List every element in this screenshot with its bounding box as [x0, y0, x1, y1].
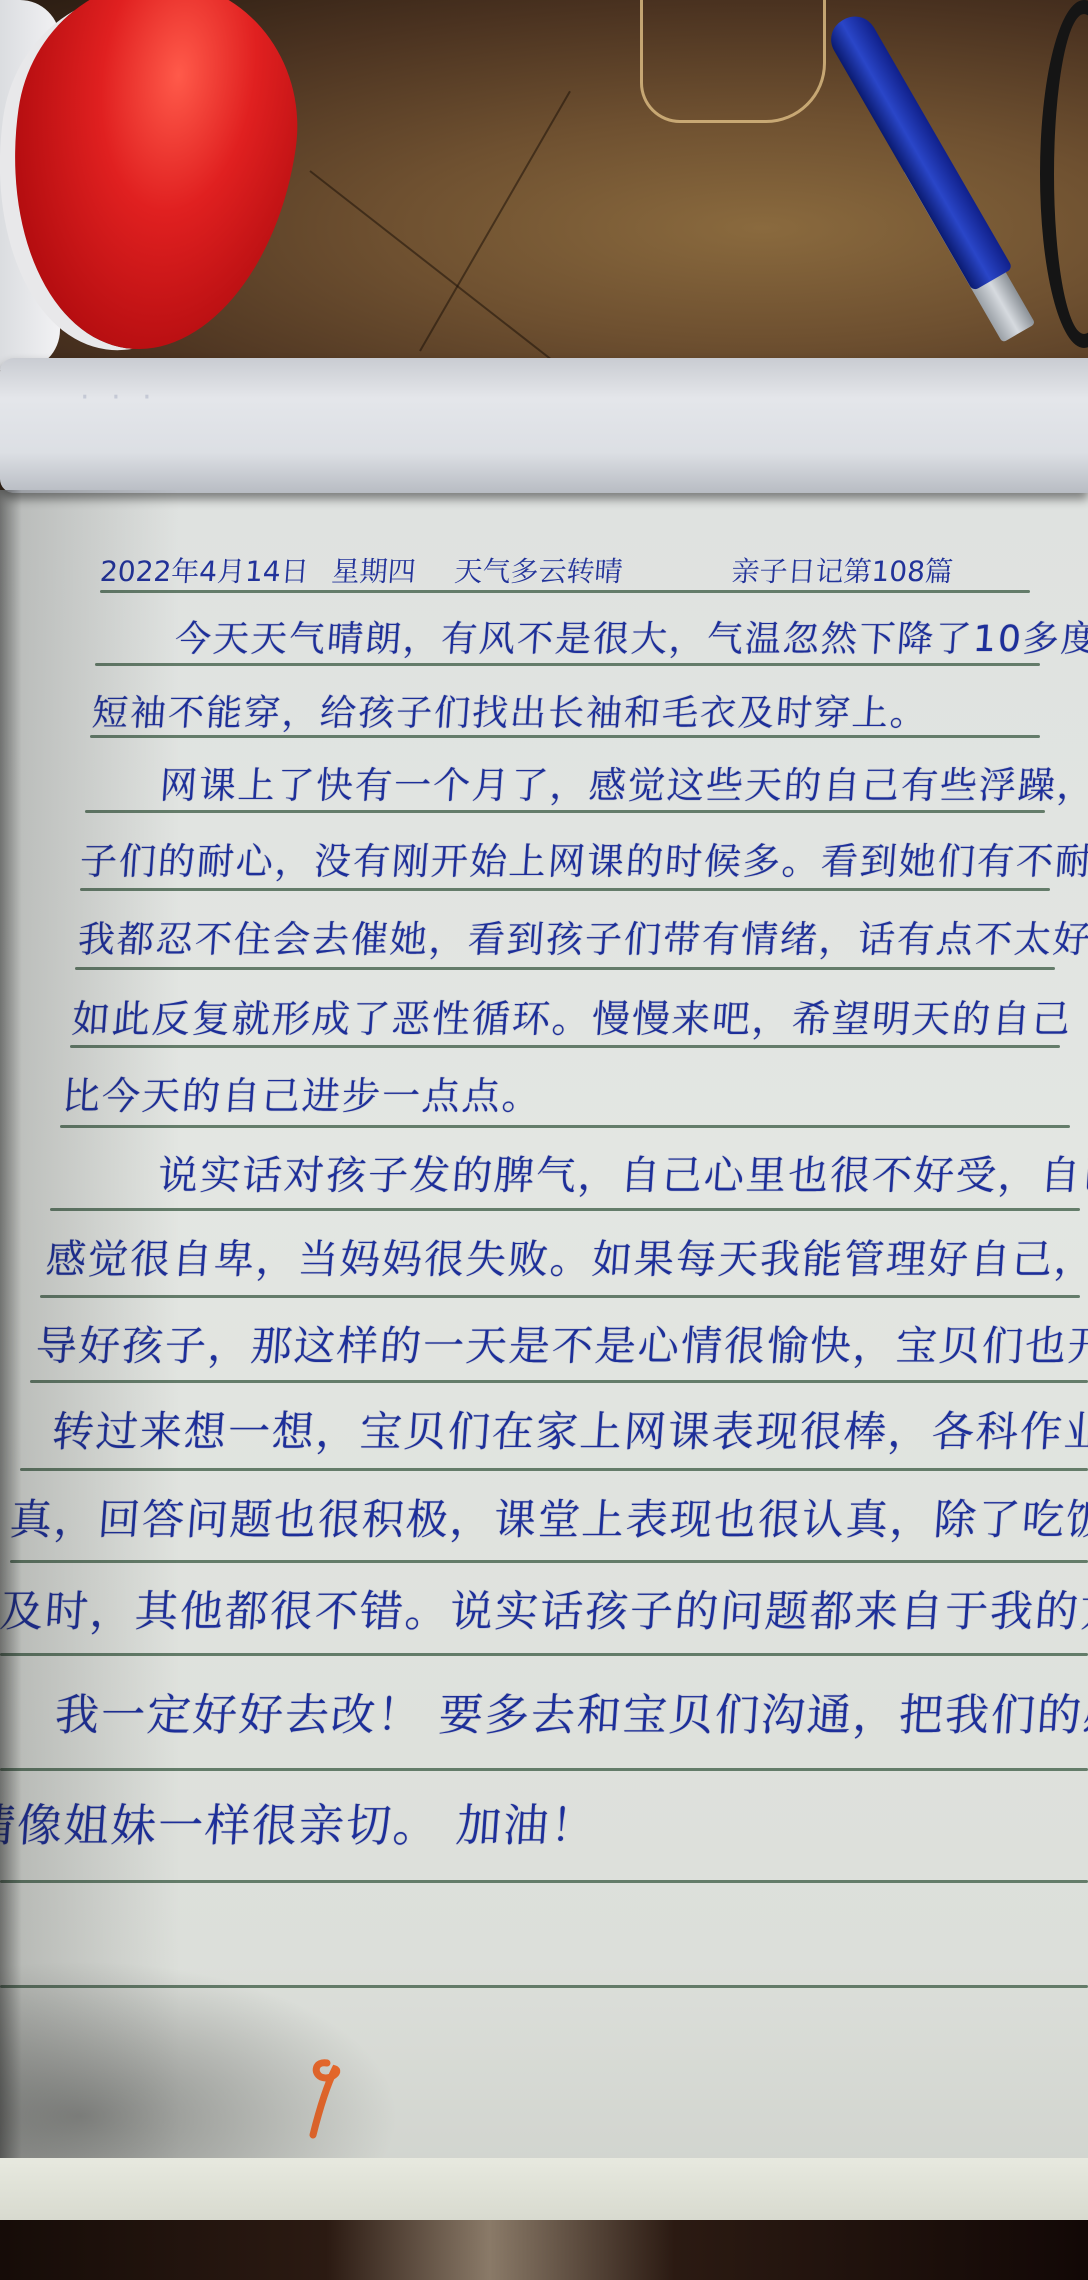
ruled-line	[60, 1125, 1070, 1128]
diary-header: 2022年4月14日 星期四 天气多云转晴 亲子日记第108篇	[99, 552, 955, 592]
ruled-line	[20, 1468, 1088, 1471]
diary-line: 及时，其他都很不错。说实话孩子的问题都来自于我的方式不对	[0, 1586, 1088, 1638]
ruled-line	[0, 1768, 1088, 1771]
gold-paperclip	[640, 0, 826, 123]
orange-squiggle-mark	[305, 2055, 345, 2140]
ruled-line	[30, 1380, 1088, 1383]
bleed-through-text: · · ·	[80, 380, 158, 415]
diary-line: 如此反复就形成了恶性循环。慢慢来吧，希望明天的自己	[70, 993, 1074, 1045]
diary-line: 感觉很自卑，当妈妈很失败。如果每天我能管理好自己，引	[44, 1234, 1088, 1286]
diary-line: 网课上了快有一个月了，感觉这些天的自己有些浮躁，对孩	[158, 760, 1088, 812]
diary-line: 子们的耐心，没有刚开始上网课的时候多。看到她们有不耐烦，	[78, 836, 1088, 888]
ruled-line	[70, 1045, 1060, 1048]
ruled-line	[75, 967, 1055, 970]
diary-line: 真，回答问题也很积极，课堂上表现也很认真，除了吃饭不	[8, 1494, 1088, 1546]
diary-line: 导好孩子，那这样的一天是不是心情很愉快，宝贝们也开心	[34, 1320, 1088, 1372]
diary-date: 2022年4月14日	[99, 555, 310, 588]
ruled-line	[80, 888, 1050, 891]
curled-previous-page	[0, 358, 1088, 493]
diary-line: 短袖不能穿，给孩子们找出长袖和毛衣及时穿上。	[90, 688, 930, 740]
ruled-line	[0, 1653, 1088, 1656]
diary-line: 情像姐妹一样很亲切。 加油！	[0, 1800, 599, 1852]
diary-line: 比今天的自己进步一点点。	[60, 1070, 544, 1122]
diary-weather: 天气多云转晴	[453, 555, 623, 588]
ruled-line	[50, 1208, 1080, 1211]
diary-line: 今天天气晴朗，有风不是很大，气温忽然下降了10多度，前天的	[173, 614, 1088, 666]
desk-bottom-edge	[0, 2220, 1088, 2280]
diary-line: 我一定好好去改！ 要多去和宝贝们沟通，把我们的感	[53, 1690, 1088, 1742]
diary-line: 我都忍不住会去催她，看到孩子们带有情绪，话有点不太好听，	[76, 914, 1088, 966]
ruled-line	[0, 1985, 1088, 1988]
page-bottom-edge	[0, 2158, 1088, 2220]
ruled-line	[40, 1295, 1080, 1298]
ruled-line	[10, 1560, 1088, 1563]
diary-line: 说实话对孩子发的脾气，自己心里也很不好受，自己	[156, 1150, 1088, 1202]
diary-entry-number: 亲子日记第108篇	[730, 555, 954, 588]
ruled-line	[0, 1880, 1088, 1883]
diary-line: 转过来想一想，宝贝们在家上网课表现很棒，各科作业都很认	[50, 1406, 1088, 1458]
diary-weekday: 星期四	[330, 555, 416, 588]
